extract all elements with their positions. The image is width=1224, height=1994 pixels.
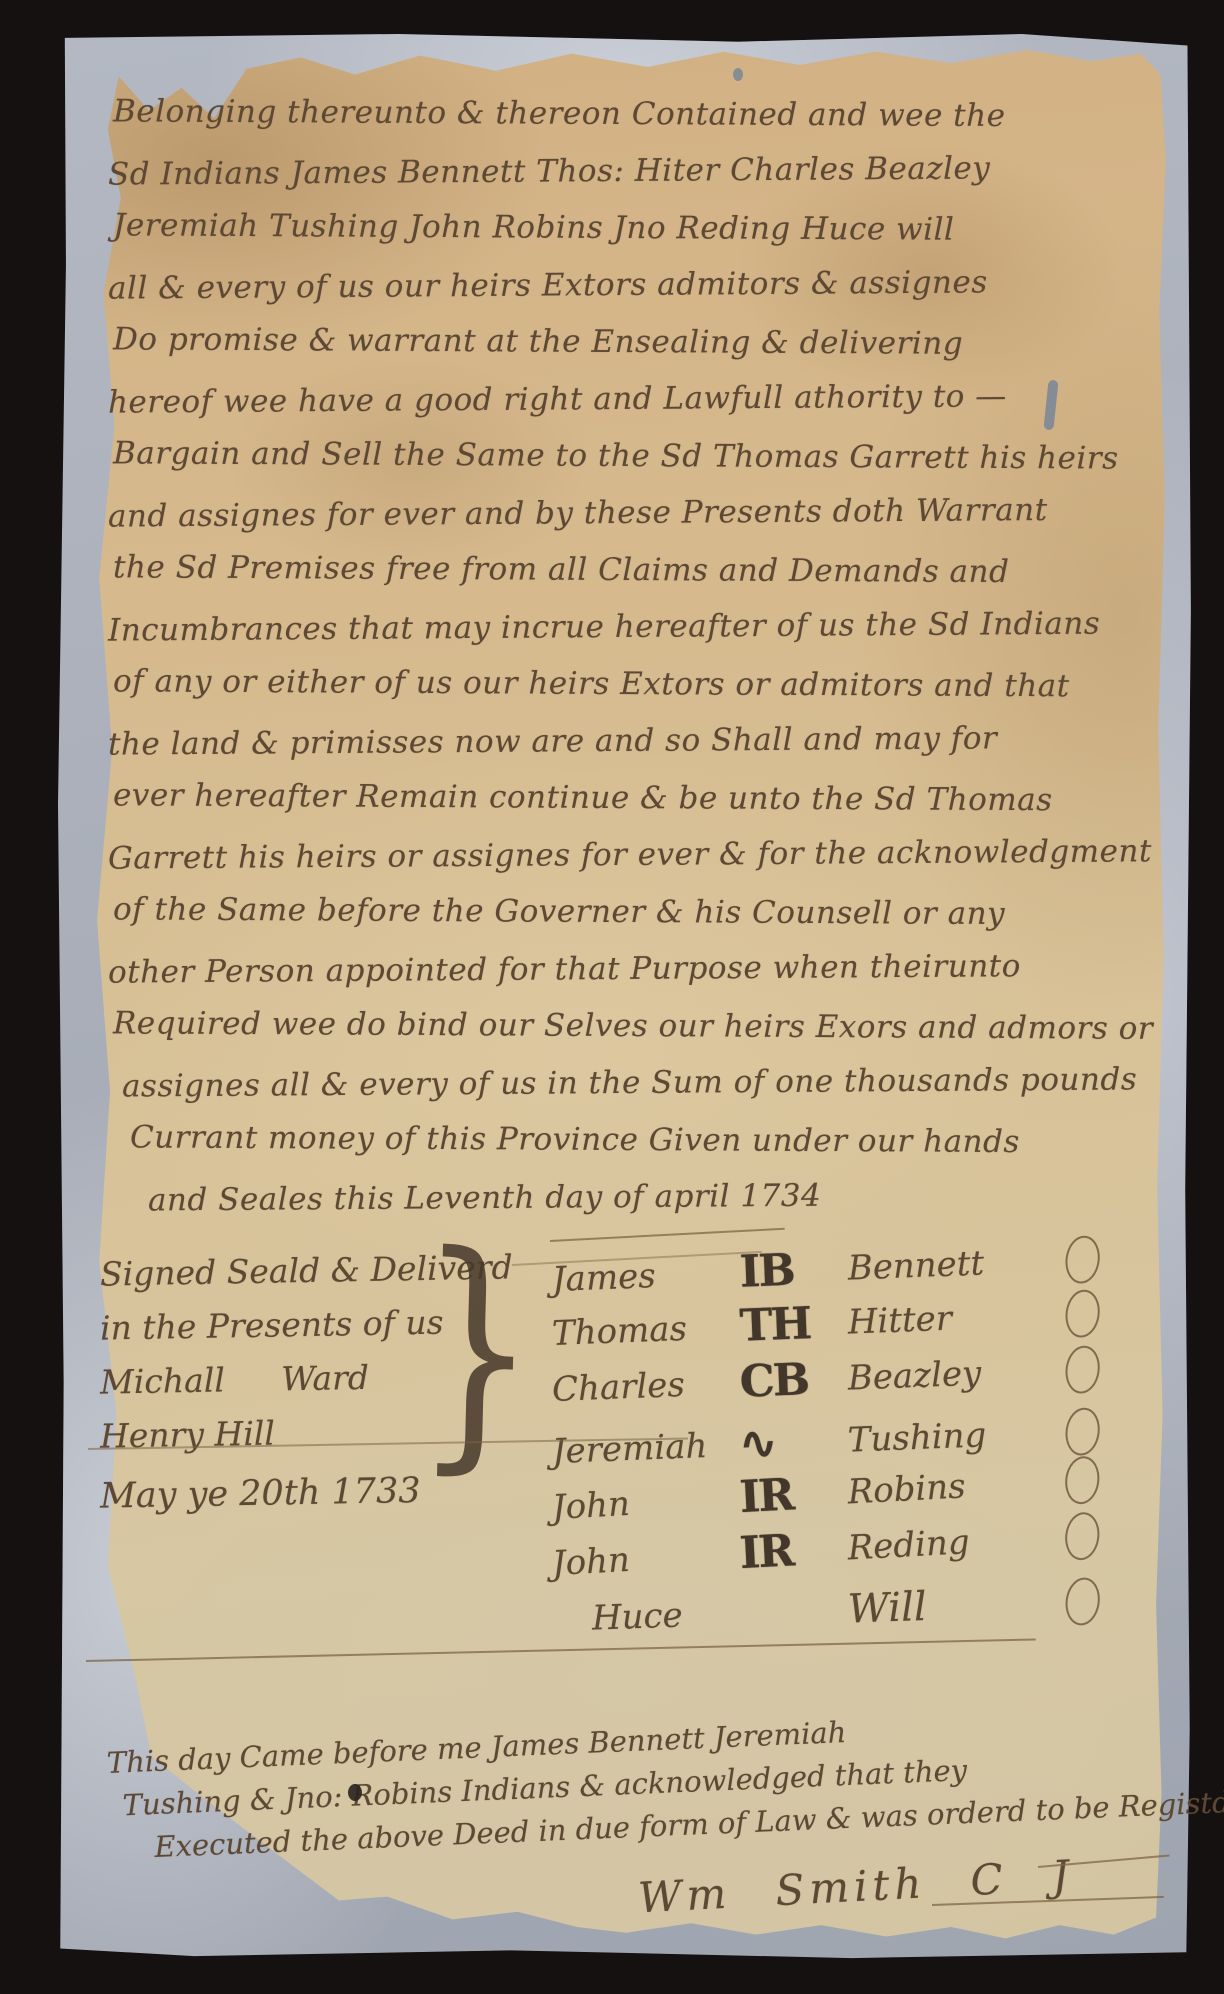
seal-loop-icon (1062, 1454, 1102, 1506)
deed-line: Jeremiah Tushing John Robins Jno Reding … (113, 197, 1134, 259)
signer-given-name: James (551, 1252, 740, 1299)
signer-given-name: Charles (551, 1362, 740, 1409)
seal-loop-icon (1063, 1287, 1103, 1339)
signer-mark: TH (739, 1297, 849, 1352)
deed-line: hereof wee have a good right and Lawfull… (108, 367, 1134, 431)
signer-given-name: Thomas (551, 1306, 740, 1353)
blue-ink-mark (733, 68, 743, 81)
signer-given-name: Jeremiah (551, 1424, 740, 1471)
signer-mark (740, 1610, 848, 1614)
seal-loop-icon (1062, 1510, 1102, 1562)
seal-loop-icon (1063, 1233, 1103, 1285)
deed-line: all & every of us our heirs Extors admit… (108, 253, 1134, 317)
deed-line: Currant money of this Province Given und… (130, 1109, 1134, 1171)
seal-loop-icon (1063, 1575, 1103, 1627)
signer-surname: Reding (847, 1517, 1067, 1568)
deed-line: assignes all & every of us in the Sum of… (122, 1051, 1134, 1115)
deed-line: other Person appointed for that Purpose … (108, 937, 1134, 1001)
deed-line: of the Same before the Governer & his Co… (113, 881, 1134, 943)
deed-body-text: Belonging thereunto & thereon Contained … (108, 86, 1134, 1226)
signer-given-name: John (551, 1534, 741, 1584)
deed-line: Garrett his heirs or assignes for ever &… (108, 823, 1134, 887)
deed-line: Bargain and Sell the Same to the Sd Thom… (113, 425, 1134, 487)
signer-surname: Beazley (847, 1350, 1066, 1398)
signer-given-name: Huce (591, 1593, 740, 1638)
deed-line: Belonging thereunto & thereon Contained … (113, 83, 1134, 145)
deed-line: and assignes for ever and by these Prese… (108, 481, 1134, 545)
deed-line: ever hereafter Remain continue & be unto… (113, 767, 1134, 829)
signer-surname: Robins (847, 1461, 1067, 1512)
signer-surname: Hitter (847, 1294, 1066, 1342)
signer-mark: ∿ (739, 1415, 849, 1470)
deed-line: and Seales this Leventh day of april 173… (148, 1166, 1134, 1230)
deed-line: Do promise & warrant at the Ensealing & … (113, 311, 1134, 373)
signer-mark: IR (738, 1523, 849, 1580)
manuscript-photo: Belonging thereunto & thereon Contained … (0, 0, 1224, 1994)
signer-surname: Will (847, 1579, 1066, 1633)
signer-surname: Tushing (847, 1412, 1066, 1460)
deed-line: the land & primisses now are and so Shal… (108, 709, 1134, 773)
deed-line: Required wee do bind our Selves our heir… (113, 995, 1134, 1057)
deed-line: Incumbrances that may incrue hereafter o… (108, 595, 1134, 659)
signer-mark: IR (738, 1467, 849, 1524)
signer-given-name: John (551, 1478, 741, 1528)
signer-mark: CB (739, 1353, 849, 1408)
deed-line: Sd Indians James Bennett Thos: Hiter Cha… (108, 139, 1134, 203)
signer-surname: Bennett (847, 1240, 1066, 1288)
seal-loop-icon (1063, 1343, 1103, 1395)
ink-blot (348, 1784, 362, 1801)
deed-line: of any or either of us our heirs Extors … (113, 653, 1134, 715)
seal-loop-icon (1063, 1405, 1103, 1457)
deed-line: the Sd Premises free from all Claims and… (113, 539, 1134, 601)
